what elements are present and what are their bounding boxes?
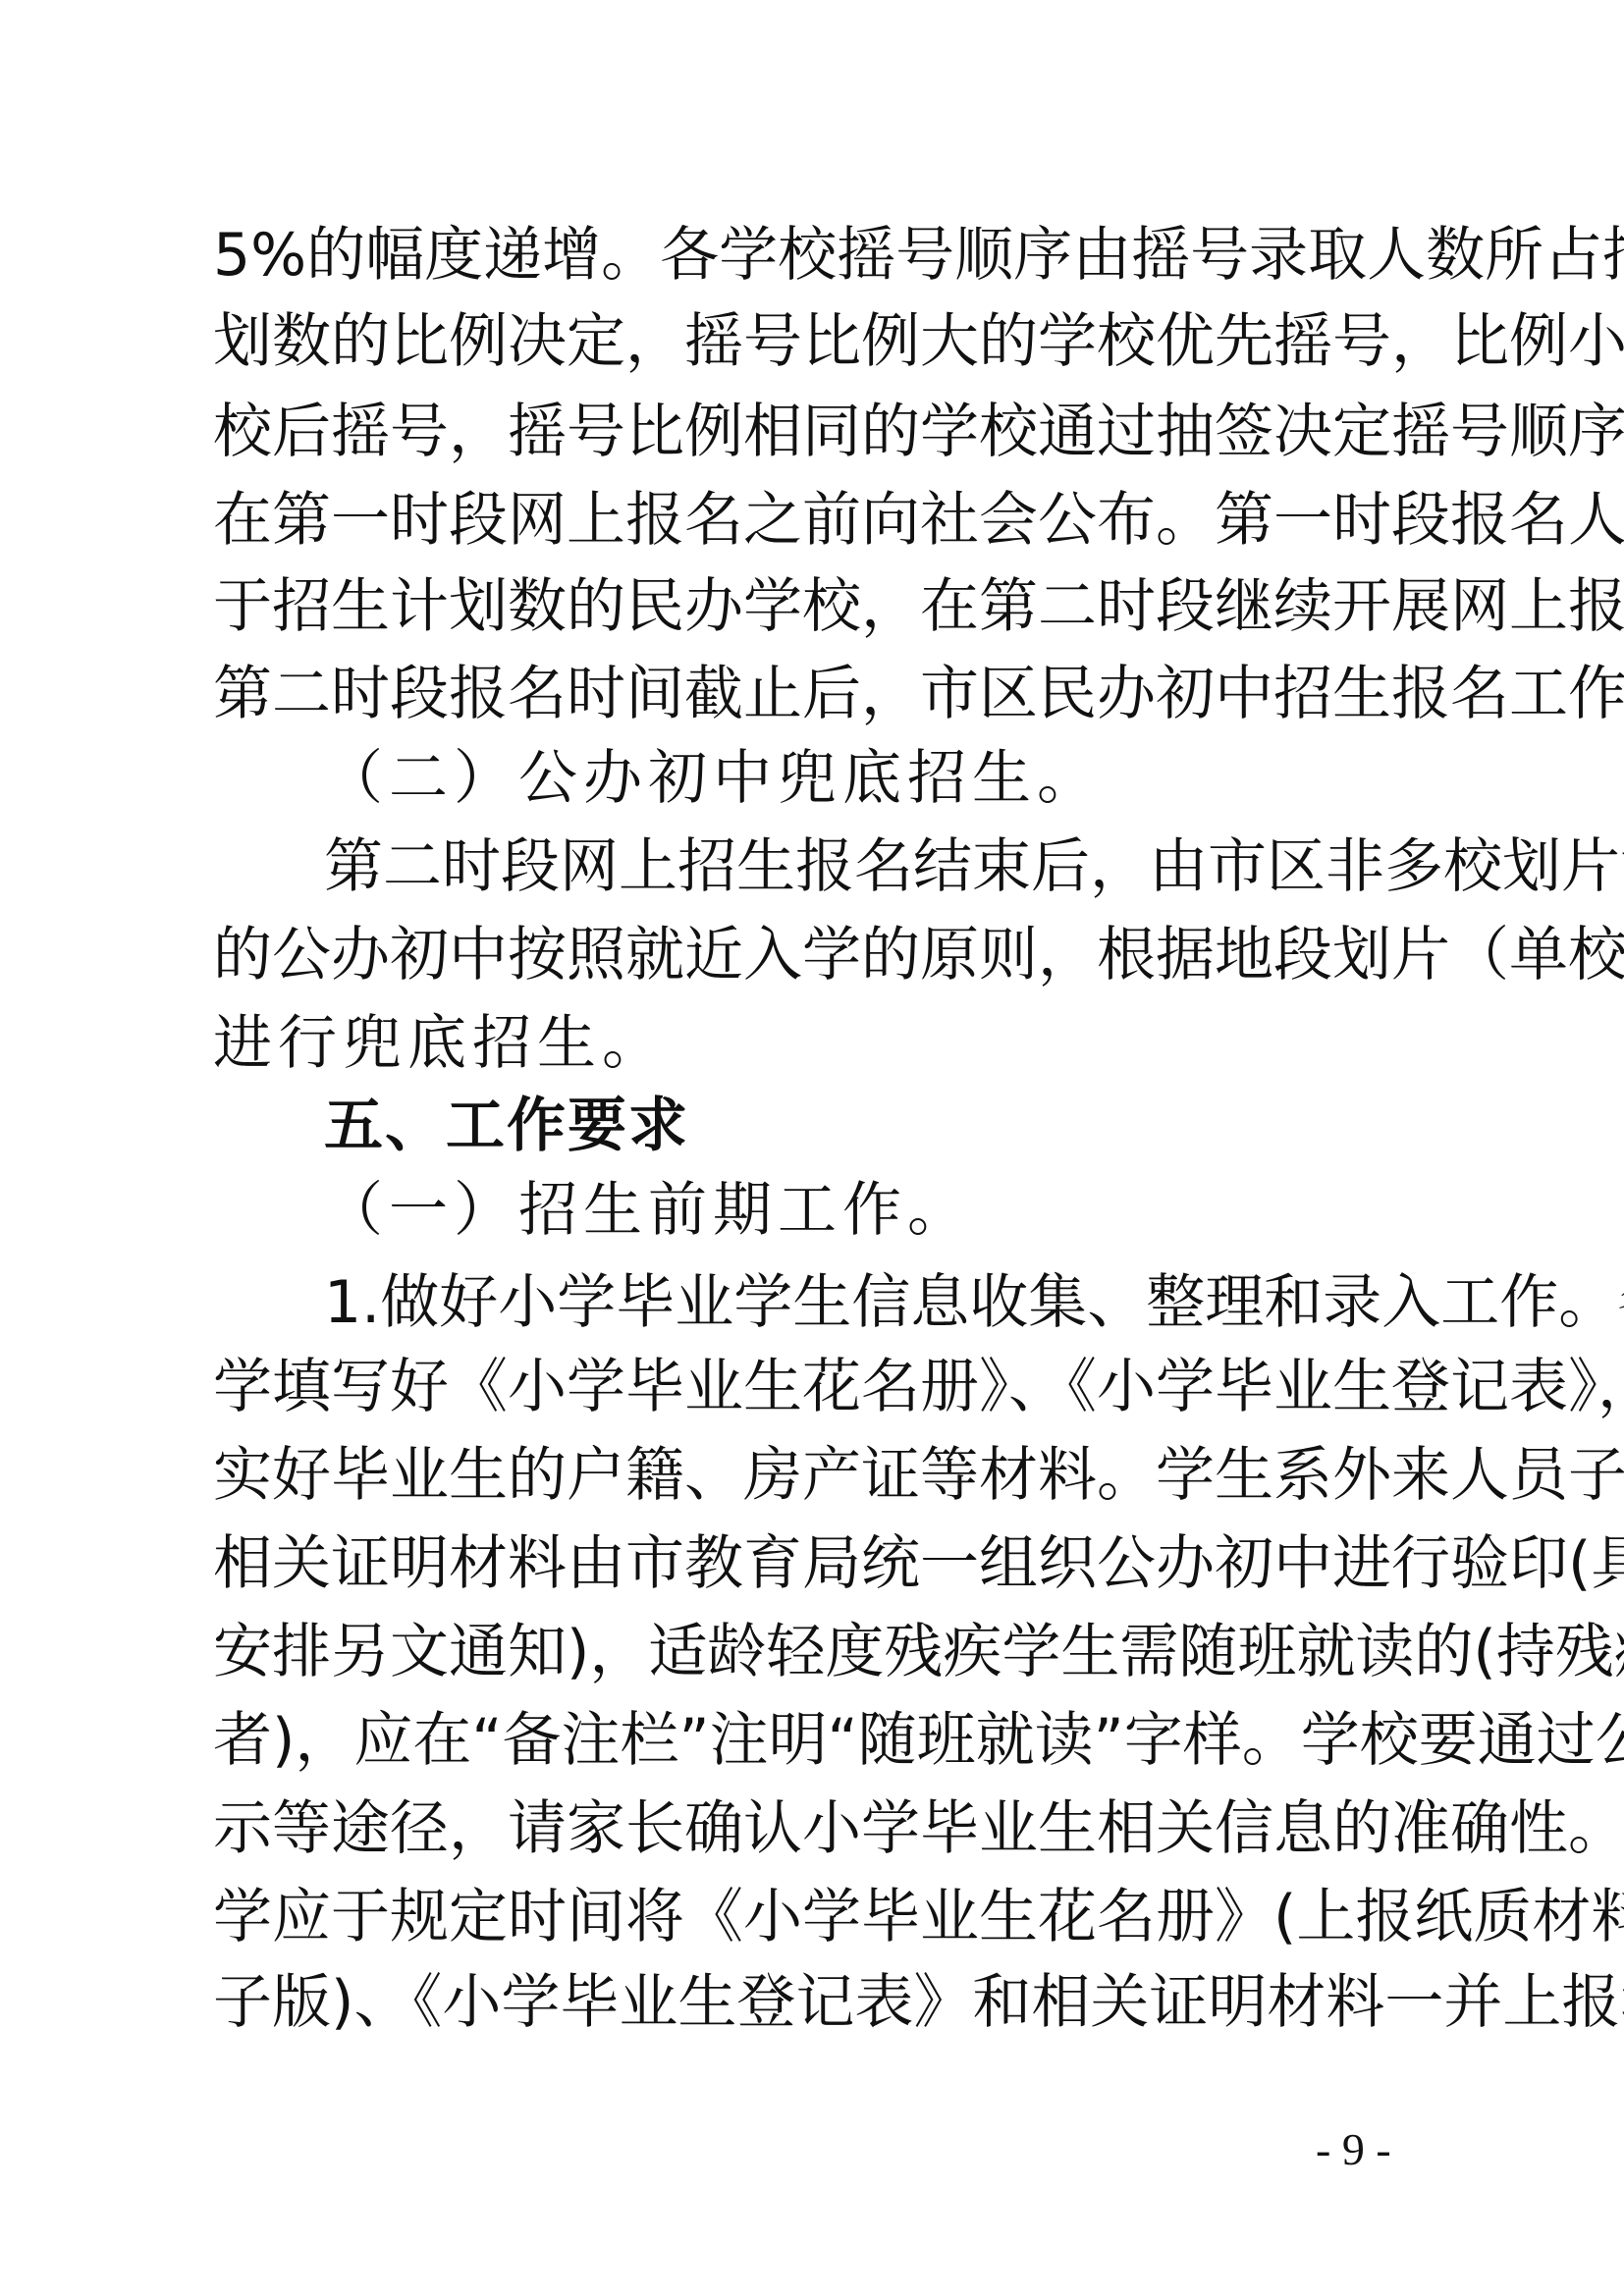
paragraph-line: 校后摇号，摇号比例相同的学校通过抽签决定摇号顺序，并 (213, 393, 1381, 471)
paragraph-line: 实好毕业生的户籍、房产证等材料。学生系外来人员子女的， (213, 1436, 1381, 1515)
subsection-title: （一）招生前期工作。 (324, 1171, 1381, 1250)
paragraph-line: 第二时段报名时间截止后，市区民办初中招生报名工作结束。 (213, 655, 1381, 733)
paragraph-line: 的公办初中按照就近入学的原则，根据地段划片（单校划片） (213, 916, 1381, 994)
paragraph-line: 者)，应在“备注栏”注明“随班就读”字样。学校要通过公 (213, 1701, 1381, 1780)
paragraph-line: 相关证明材料由市教育局统一组织公办初中进行验印(具体 (213, 1524, 1381, 1603)
paragraph-line: 子版)、《小学毕业生登记表》和相关证明材料一并上报城区 (213, 1963, 1381, 2042)
paragraph-line: 1.做好小学毕业学生信息收集、整理和录入工作。各小 (324, 1263, 1381, 1342)
paragraph-line: 示等途径，请家长确认小学毕业生相关信息的准确性。各小 (213, 1789, 1381, 1868)
paragraph-line: 在第一时段网上报名之前向社会公布。第一时段报名人数小 (213, 481, 1381, 560)
subsection-title: （二）公办初中兜底招生。 (324, 739, 1381, 818)
paragraph-line: 学填写好《小学毕业生花名册》、《小学毕业生登记表》，并核 (213, 1348, 1381, 1426)
paragraph-line: 划数的比例决定，摇号比例大的学校优先摇号，比例小的学 (213, 302, 1381, 381)
paragraph-line: 进行兜底招生。 (213, 1004, 1381, 1083)
paragraph-line: 安排另文通知)，适龄轻度残疾学生需随班就读的(持残疾证 (213, 1613, 1381, 1691)
paragraph-line: 5%的幅度递增。各学校摇号顺序由摇号录取人数所占招生计 (213, 216, 1381, 294)
page-number: - 9 - (1316, 2125, 1391, 2174)
paragraph-line: 学应于规定时间将《小学毕业生花名册》(上报纸质材料和电 (213, 1878, 1381, 1956)
paragraph-line: 于招生计划数的民办学校，在第二时段继续开展网上报名， (213, 567, 1381, 646)
section-heading: 五、工作要求 (324, 1087, 1381, 1165)
paragraph-line: 第二时段网上招生报名结束后，由市区非多校划片试点 (324, 828, 1381, 906)
